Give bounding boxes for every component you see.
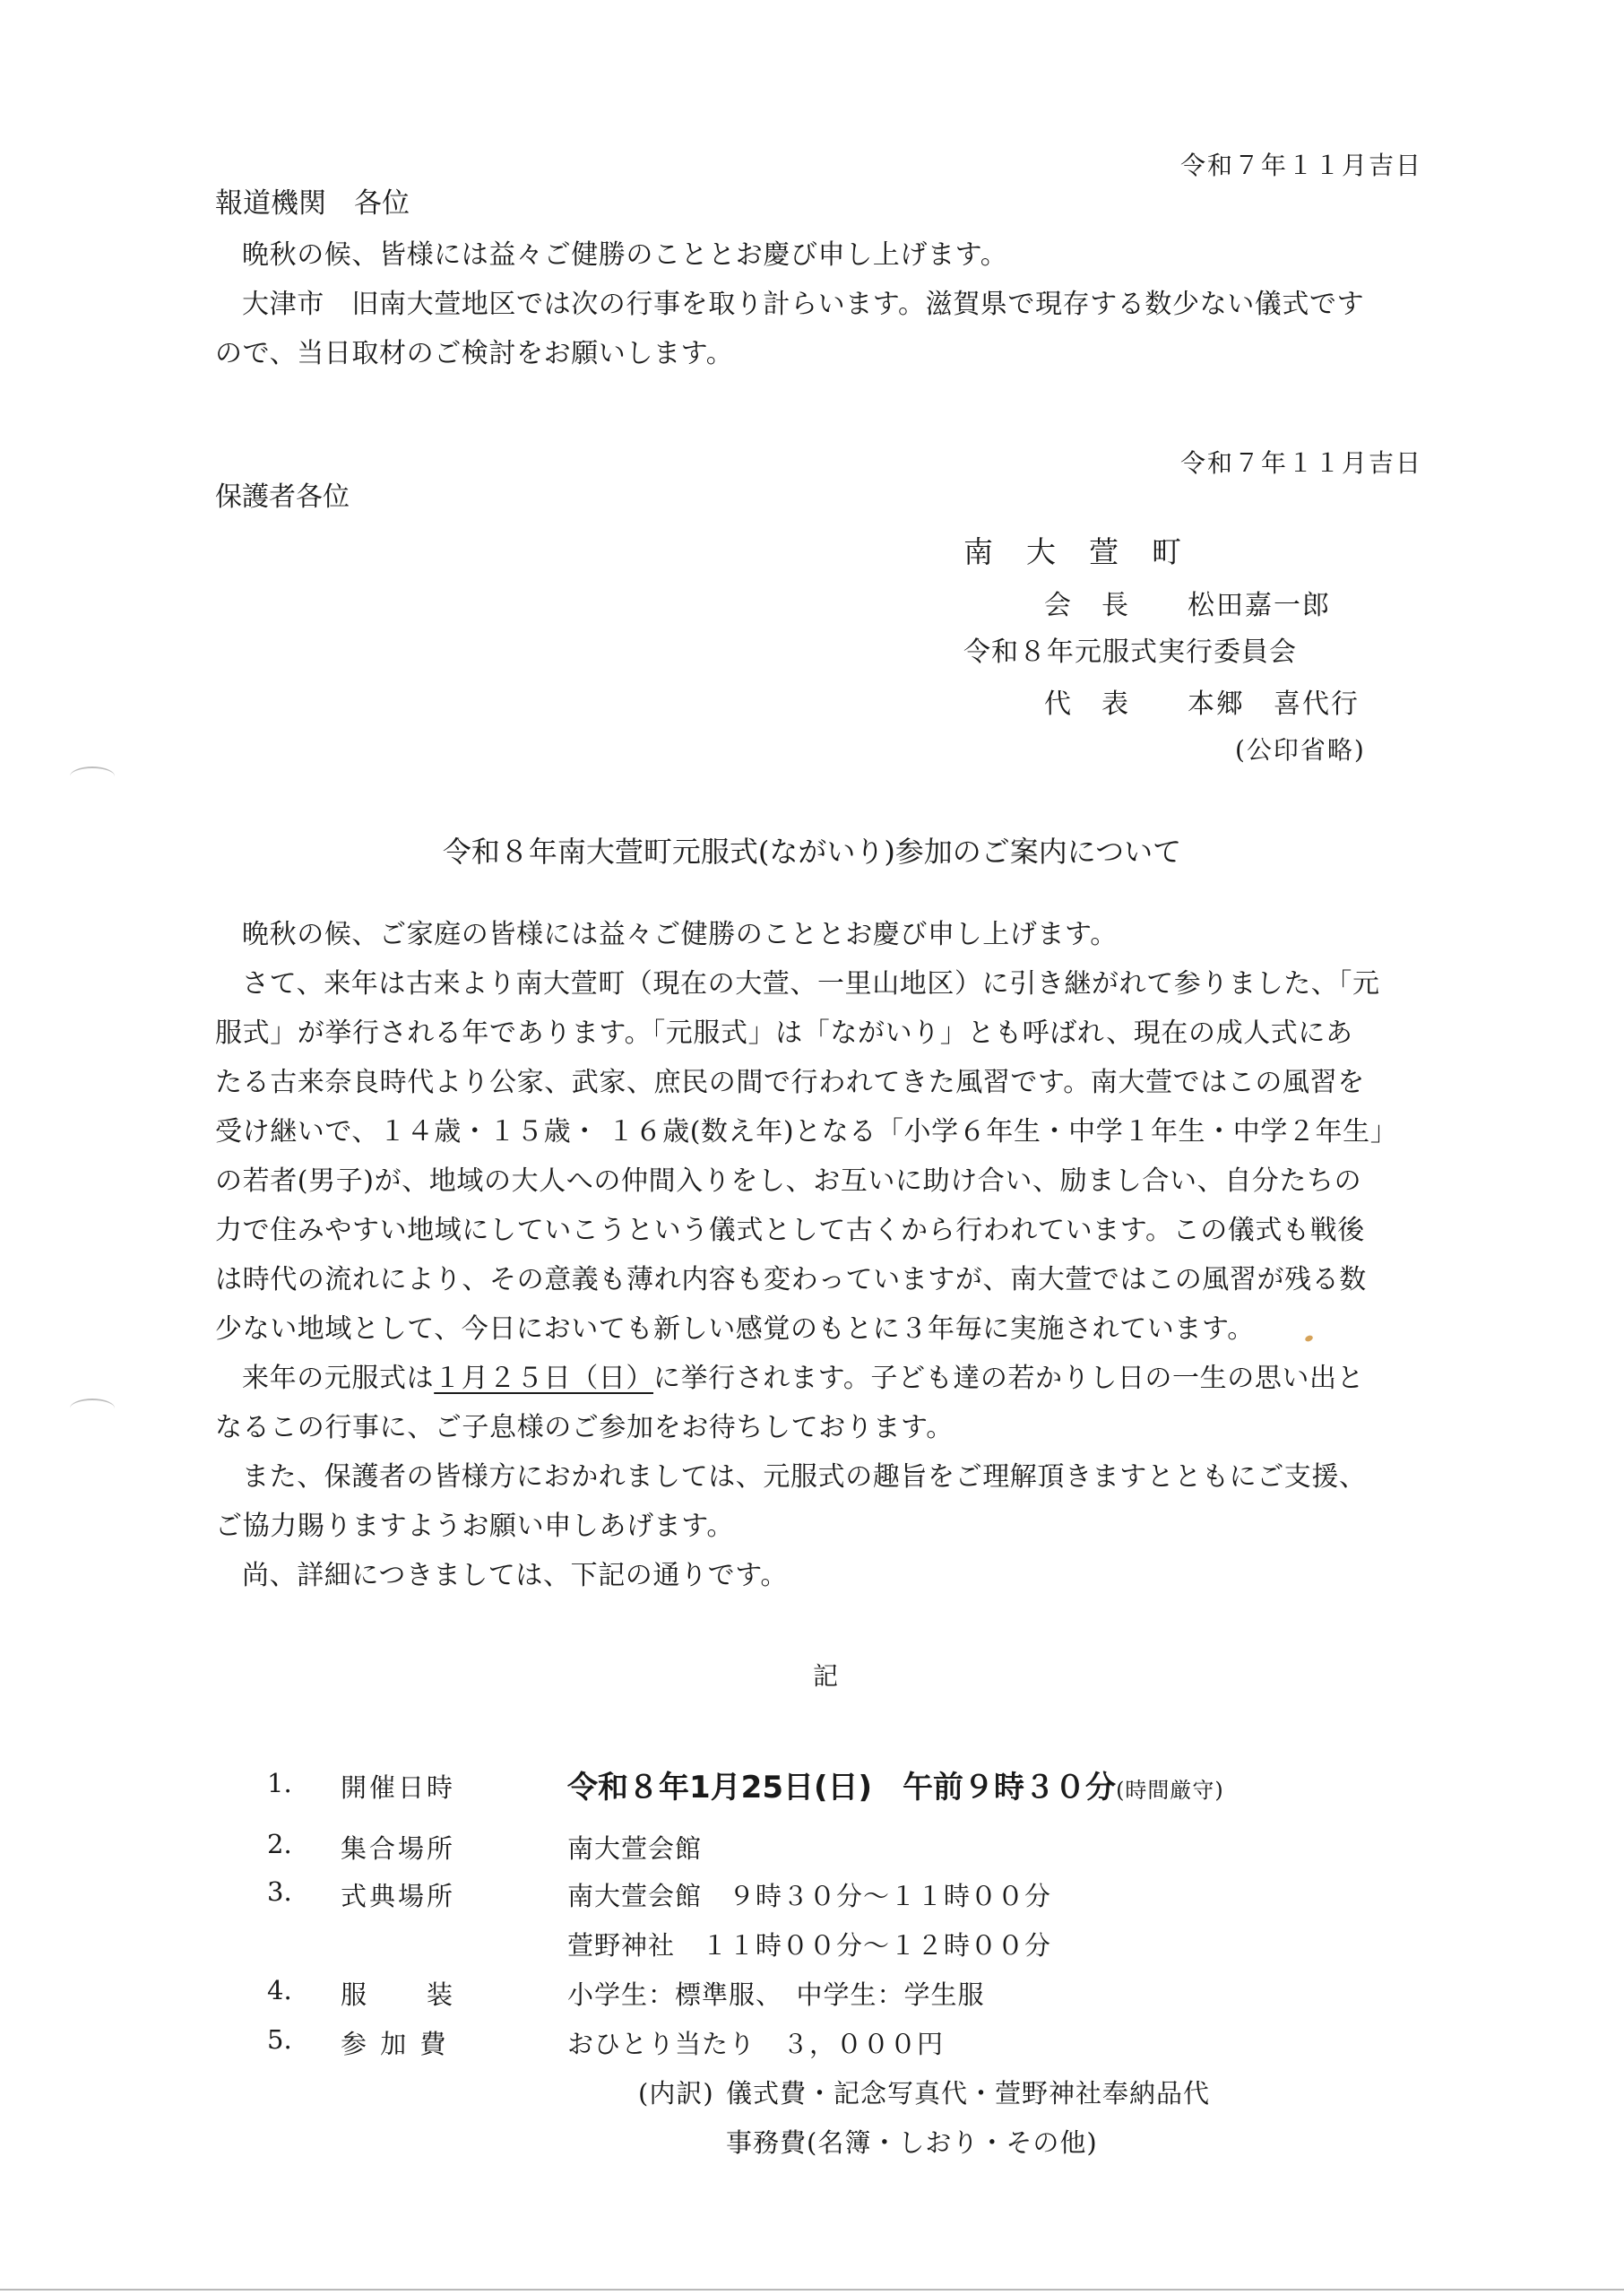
item-value-secondary: 萱野神社 １１時００分～１２時００分	[567, 1926, 1051, 1962]
date-paragraph-line-2: なるこの行事に、ご子息様のご参加をお待ちしております。	[215, 1415, 954, 1442]
date-paragraph-line-1: 来年の元服式は１月２５日（日）に挙行されます。子ども達の若かりし日の一生の思い出…	[242, 1365, 1364, 1392]
item-label: 式典場所	[341, 1876, 455, 1913]
body-line-1: 晩秋の候、ご家庭の皆様には益々ご健勝のこととお慶び申し上げます。	[242, 922, 1118, 948]
item-number: 2.	[267, 1829, 292, 1859]
body-line-4: たる古来奈良時代より公家、武家、庶民の間で行われてきた風習です。南大萱ではこの風…	[215, 1070, 1365, 1096]
scan-speck	[1304, 1334, 1314, 1342]
item-label: 開催日時	[341, 1768, 455, 1805]
sender-representative: 代 表 本郷 喜代行	[1044, 681, 1360, 721]
press-line-2: 大津市 旧南大萱地区では次の行事を取り計らいます。滋賀県で現存する数少ない儀式で…	[242, 291, 1364, 318]
letter-date: 令和７年１１月吉日	[1180, 444, 1422, 480]
closing-line: 尚、詳細につきましては、下記の通りです。	[242, 1563, 788, 1589]
event-datetime-bold: 令和８年1月25日(日) 午前９時３０分	[567, 1770, 1116, 1806]
item-value: 令和８年1月25日(日) 午前９時３０分(時間厳守)	[567, 1762, 1224, 1806]
support-line-2: ご協力賜りますようお願い申しあげます。	[215, 1513, 734, 1540]
body-line-2: さて、来年は古来より南大萱町（現在の大萱、一里山地区）に引き継がれて参りました、…	[242, 971, 1380, 998]
scan-bottom-edge	[0, 2289, 1624, 2291]
item-value: 南大萱会館 ９時３０分～１１時００分	[567, 1876, 1051, 1913]
date-paragraph-before: 来年の元服式は	[242, 1363, 434, 1394]
item-number: 1.	[267, 1768, 292, 1798]
item-number: 5.	[267, 2024, 292, 2055]
body-line-3: 服式」が挙行される年であります。「元服式」は「ながいり」とも呼ばれ、現在の成人式…	[215, 1020, 1353, 1047]
scan-hole-mark-bottom	[70, 1399, 115, 1418]
item-value: 小学生：標準服、 中学生：学生服	[567, 1975, 985, 2012]
item-number: 3.	[267, 1876, 292, 1907]
press-line-1: 晩秋の候、皆様には益々ご健勝のこととお慶び申し上げます。	[242, 242, 1007, 269]
press-addressee: 報道機関 各位	[215, 190, 410, 217]
body-line-6: の若者(男子)が、地域の大人への仲間入りをし、お互いに助け合い、励まし合い、自分…	[215, 1168, 1361, 1195]
item-value: 南大萱会館	[567, 1829, 702, 1866]
item-label: 参 加 費	[341, 2024, 448, 2061]
body-line-9: 少ない地域として、今日においても新しい感覚のもとに３年毎に実施されています。	[215, 1316, 1255, 1343]
item-label: 集合場所	[341, 1829, 455, 1866]
press-line-3: ので、当日取材のご検討をお願いします。	[215, 341, 733, 368]
event-date-underlined: １月２５日（日）	[434, 1363, 653, 1394]
support-line-1: また、保護者の皆様方におかれましては、元服式の趣旨をご理解頂きますとともにご支援…	[242, 1464, 1367, 1491]
sender-org: 南 大 萱 町	[963, 529, 1183, 571]
item-number: 4.	[267, 1975, 292, 2005]
breakdown-label: (内訳)	[638, 2074, 714, 2110]
breakdown-line-1: 儀式費・記念写真代・萱野神社奉納品代	[726, 2074, 1210, 2110]
punctuality-note: (時間厳守)	[1116, 1778, 1224, 1803]
seal-note: (公印省略)	[1235, 731, 1366, 766]
press-notice-date: 令和７年１１月吉日	[1180, 146, 1422, 182]
body-line-8: は時代の流れにより、その意義も薄れ内容も変わっていますが、南大萱ではこの風習が残…	[215, 1267, 1367, 1294]
breakdown-line-2: 事務費(名簿・しおり・その他)	[726, 2123, 1098, 2160]
letter-title: 令和８年南大萱町元服式(ながいり)参加のご案内について	[0, 829, 1624, 870]
date-paragraph-after: に挙行されます。子ども達の若かりし日の一生の思い出と	[653, 1363, 1364, 1394]
body-line-7: 力で住みやすい地域にしていこうという儀式として古くから行われています。この儀式も…	[215, 1217, 1365, 1244]
item-value: おひとり当たり ３，０００円	[567, 2024, 944, 2061]
letter-addressee: 保護者各位	[215, 484, 350, 511]
item-label: 服 装	[341, 1975, 455, 2012]
sender-committee: 令和８年元服式実行委員会	[963, 629, 1297, 669]
sender-chair: 会 長 松田嘉一郎	[1044, 583, 1331, 622]
scan-hole-mark-top	[70, 766, 115, 786]
body-line-5: 受け継いで、１４歳・１５歳・ １６歳(数え年)となる「小学６年生・中学１年生・中…	[215, 1119, 1397, 1146]
ki-heading: 記	[0, 1657, 1624, 1693]
